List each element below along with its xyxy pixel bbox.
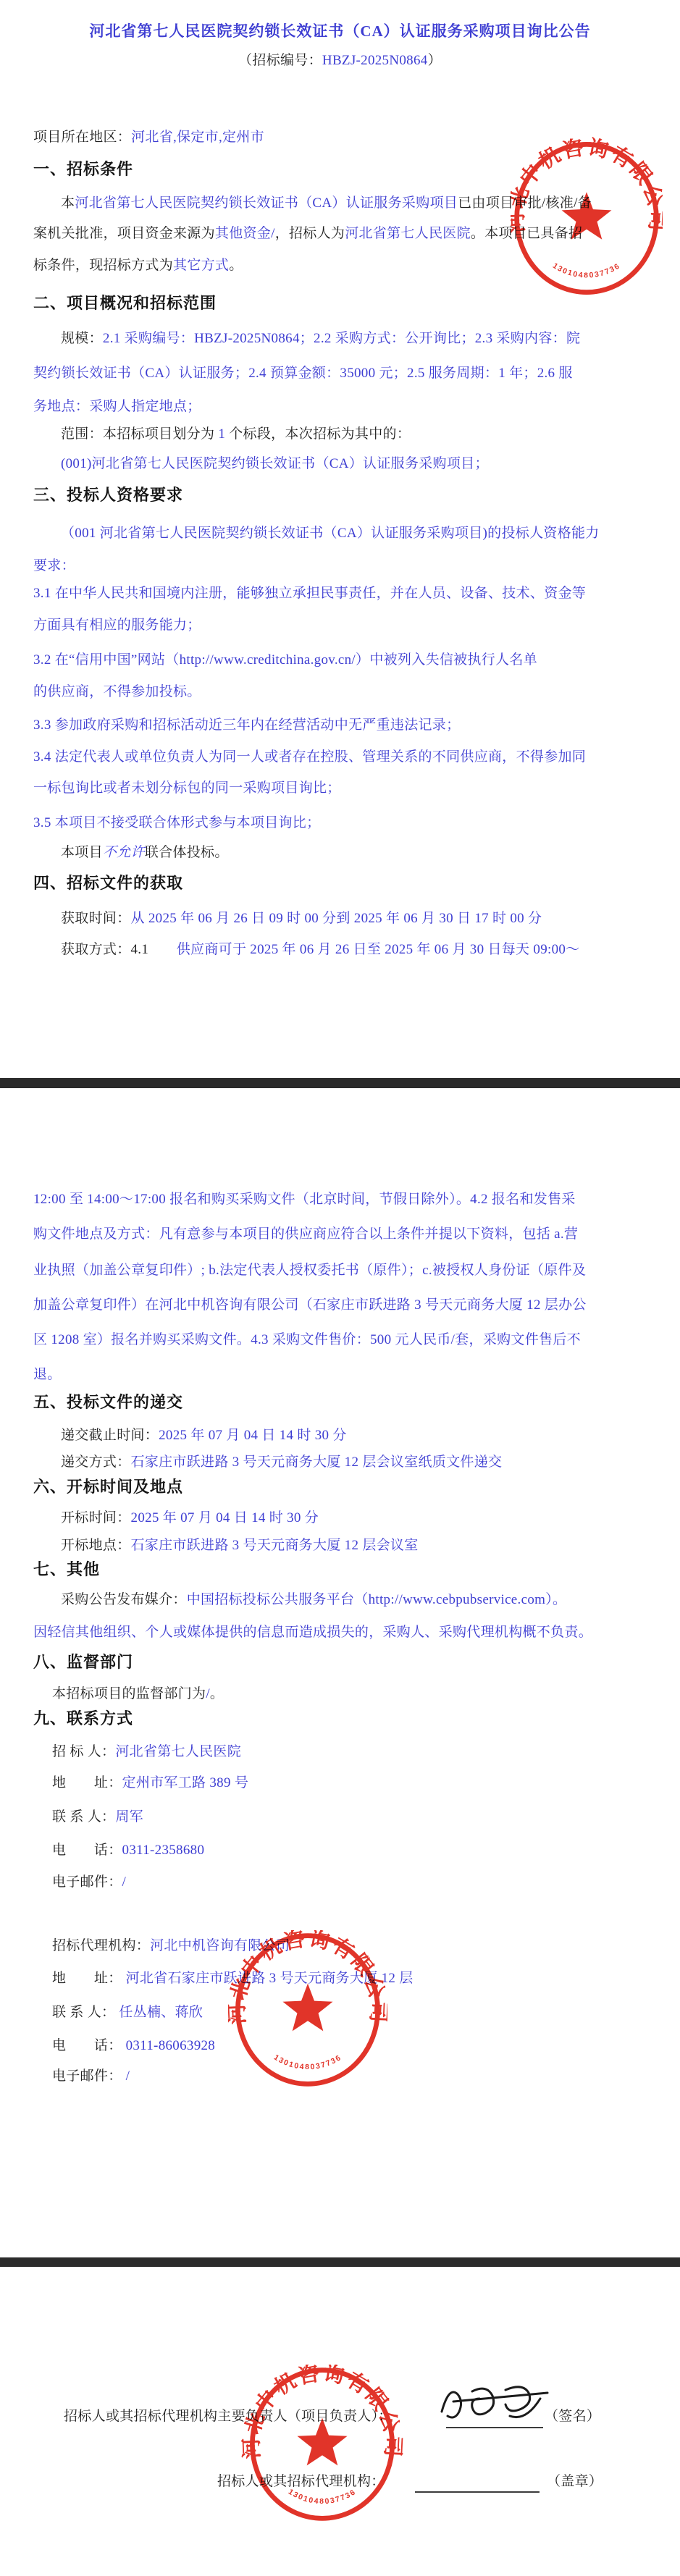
doc-line: 规模：2.1 采购编号：HBZJ-2025N0864；2.2 采购方式：公开询比… [61, 329, 580, 348]
text-segment: 石家庄市跃进路 3 号天元商务大厦 12 层会议室纸质文件递交 [131, 1455, 503, 1470]
text-segment: 范围：本招标项目划分为 [61, 426, 218, 442]
doc-line: 区 1208 室）报名并购买采购文件。4.3 采购文件售价：500 元人民币/套… [33, 1331, 581, 1350]
text-segment: 退。 [33, 1367, 62, 1382]
page-separator [0, 2257, 680, 2267]
svg-text:1301048037736: 1301048037736 [272, 2053, 343, 2072]
doc-line: 获取时间：从 2025 年 06 月 26 日 09 时 00 分到 2025 … [61, 909, 542, 928]
text-segment: 石家庄市跃进路 3 号天元商务大厦 12 层会议室 [131, 1538, 419, 1553]
text-segment: 地 址： [52, 1971, 122, 1986]
text-segment: 的供应商，不得参加投标。 [33, 684, 201, 699]
doc-line: 案机关批准，项目资金来源为其他资金/，招标人为河北省第七人民医院。本项目已具备招 [33, 224, 582, 243]
section-heading-6: 六、开标时间及地点 [33, 1478, 183, 1497]
text-segment: 河北省,保定市,定州市 [131, 130, 264, 145]
text-segment: ） [428, 53, 442, 68]
company-seal: 河北中机咨询有限公司 1301048037736 [228, 1930, 387, 2089]
text-segment: 九、联系方式 [33, 1709, 133, 1727]
page-title: 河北省第七人民医院契约锁长效证书（CA）认证服务采购项目询比公告 [0, 22, 680, 41]
seal-star-icon [297, 2418, 347, 2466]
text-segment: 本项目 [61, 845, 103, 860]
text-segment: HBZJ-2025N0864 [322, 53, 428, 68]
text-segment: 12:00 至 14:00～17:00 报名和购买采购文件（北京时间，节假日除外… [33, 1192, 576, 1207]
agency-person: 联 系 人： 任丛楠、蒋欣 [52, 2003, 203, 2022]
doc-line: 3.5 本项目不接受联合体形式参与本项目询比； [33, 814, 320, 833]
contact-phone: 电 话：0311-2358680 [52, 1841, 204, 1860]
seal-number-text: 1301048037736 [272, 2053, 343, 2072]
text-segment: 购文件地点及方式：凡有意参与本项目的供应商应符合以上条件并提以下资料，包括 a.… [33, 1226, 578, 1242]
doc-line: 3.4 法定代表人或单位负责人为同一人或者存在控股、管理关系的不同供应商，不得参… [33, 748, 586, 767]
contact-email: 电子邮件：/ [52, 1873, 126, 1892]
text-segment: 从 2025 年 06 月 26 日 09 时 00 分到 2025 年 06 … [131, 911, 542, 926]
text-segment: 递交截止时间： [61, 1428, 159, 1443]
text-segment: 河北省第七人民医院契约锁长效证书（CA）认证服务采购项目询比公告 [89, 22, 590, 40]
section-heading-1: 一、招标条件 [33, 160, 133, 179]
text-segment: 电 话： [52, 1843, 122, 1858]
doc-line: 业执照（加盖公章复印件）; b.法定代表人授权委托书（原件）；c.被授权人身份证… [33, 1261, 586, 1280]
text-segment: 电 话： [52, 2038, 122, 2053]
text-segment: 周军 [115, 1809, 143, 1824]
contact-person: 联 系 人：周军 [52, 1808, 143, 1827]
section-heading-2: 二、项目概况和招标范围 [33, 294, 217, 313]
doc-line: 加盖公章复印件）在河北中机咨询有限公司（石家庄市跃进路 3 号天元商务大厦 12… [33, 1296, 587, 1315]
text-segment: 项目所在地区： [33, 130, 131, 145]
text-segment: 2.1 采购编号：HBZJ-2025N0864；2.2 采购方式：公开询比；2.… [103, 331, 580, 346]
doc-line: 因轻信其他组织、个人或媒体提供的信息而造成损失的，采购人、采购代理机构概不负责。 [33, 1623, 592, 1642]
text-segment: 3.2 在“信用中国”网站（http://www.creditchina.gov… [33, 652, 537, 668]
text-segment: / [122, 1874, 127, 1890]
doc-line: 采购公告发布媒介：中国招标投标公共服务平台（http://www.cebpubs… [61, 1591, 566, 1609]
stamp-underline [415, 2491, 540, 2493]
text-segment: 河北省第七人民医院 [345, 226, 471, 241]
text-segment: 业执照（加盖公章复印件）; b.法定代表人授权委托书（原件）；c.被授权人身份证… [33, 1263, 586, 1278]
doc-line: 12:00 至 14:00～17:00 报名和购买采购文件（北京时间，节假日除外… [33, 1190, 576, 1209]
text-segment: 联合体投标。 [145, 845, 229, 860]
company-seal: 河北中机咨询有限公司 1301048037736 [511, 136, 663, 300]
text-segment: 招标代理机构： [52, 1938, 150, 1953]
text-segment: 其他资金/ [215, 226, 275, 241]
contact-tenderer: 招 标 人：河北省第七人民医院 [52, 1743, 241, 1761]
text-segment: 递交方式： [61, 1455, 131, 1470]
doc-line: 务地点：采购人指定地点； [33, 397, 201, 416]
text-segment: 要求： [33, 558, 75, 573]
doc-line: 一标包询比或者未划分标包的同一采购项目询比； [33, 779, 341, 798]
doc-line: 3.3 参加政府采购和招标活动近三年内在经营活动中无严重违法记录； [33, 716, 460, 735]
text-segment: 采购公告发布媒介： [61, 1592, 187, 1607]
doc-line: 契约锁长效证书（CA）认证服务；2.4 预算金额：35000 元；2.5 服务周… [33, 364, 573, 383]
svg-text:1301048037736: 1301048037736 [287, 2488, 358, 2506]
stamp-tag: （盖章） [547, 2472, 603, 2491]
text-segment: 2025 年 07 月 04 日 14 时 30 分 [159, 1428, 347, 1443]
doc-line: (001)河北省第七人民医院契约锁长效证书（CA）认证服务采购项目； [61, 455, 489, 473]
text-segment: 二、项目概况和招标范围 [33, 294, 217, 312]
text-segment: 其它方式 [173, 258, 229, 273]
contact-address: 地 址：定州市军工路 389 号 [52, 1774, 248, 1793]
company-seal: 河北中机咨询有限公司 1301048037736 [241, 2365, 403, 2524]
text-segment: （招标编号： [238, 53, 322, 68]
text-segment: 获取方式：4.1 [61, 942, 148, 957]
text-segment: 2025 年 07 月 04 日 14 时 30 分 [131, 1510, 319, 1525]
text-segment: 务地点：采购人指定地点； [33, 399, 201, 414]
page-separator [0, 1078, 680, 1088]
text-segment: 任丛楠、蒋欣 [115, 2005, 203, 2020]
seal-star-icon [282, 1984, 332, 2032]
doc-line: 3.2 在“信用中国”网站（http://www.creditchina.gov… [33, 651, 537, 670]
text-segment: 电子邮件： [52, 2068, 122, 2084]
text-segment: 因轻信其他组织、个人或媒体提供的信息而造成损失的，采购人、采购代理机构概不负责。 [33, 1625, 592, 1640]
text-segment: 规模： [61, 331, 103, 346]
doc-line: 递交截止时间：2025 年 07 月 04 日 14 时 30 分 [61, 1426, 347, 1445]
doc-line: 的供应商，不得参加投标。 [33, 683, 201, 702]
section-heading-3: 三、投标人资格要求 [33, 486, 183, 505]
project-region-line: 项目所在地区：河北省,保定市,定州市 [33, 128, 264, 147]
doc-line: 退。 [33, 1365, 62, 1384]
text-segment: 招 标 人： [52, 1744, 115, 1759]
text-segment: 案机关批准，项目资金来源为 [33, 226, 215, 241]
text-segment: 开标地点： [61, 1538, 131, 1553]
seal-number-text: 1301048037736 [551, 261, 622, 280]
text-segment: 标条件，现招标方式为 [33, 258, 173, 273]
text-segment: 本招标项目的监督部门为 [52, 1686, 206, 1701]
text-segment: / [122, 2068, 130, 2084]
text-segment: 河北省第七人民医院契约锁长效证书（CA）认证服务采购项目 [75, 195, 458, 211]
text-segment: 一、招标条件 [33, 160, 133, 178]
handwritten-signature [435, 2378, 558, 2433]
text-segment: 不允许 [103, 845, 145, 860]
doc-line: 标条件，现招标方式为其它方式。 [33, 256, 243, 275]
text-segment: 开标时间： [61, 1510, 131, 1525]
section-heading-5: 五、投标文件的递交 [33, 1393, 183, 1412]
text-segment: 1 [218, 426, 225, 442]
text-segment: （盖章） [547, 2474, 603, 2489]
text-segment: 联 系 人： [52, 1809, 115, 1824]
text-segment: 3.1 在中华人民共和国境内注册，能够独立承担民事责任，并在人员、设备、技术、资… [33, 586, 586, 601]
text-segment: 中国招标投标公共服务平台（http://www.cebpubservice.co… [187, 1592, 567, 1607]
doc-line: 开标时间：2025 年 07 月 04 日 14 时 30 分 [61, 1509, 319, 1528]
text-segment: 联 系 人： [52, 2005, 115, 2020]
text-segment: (001)河北省第七人民医院契约锁长效证书（CA）认证服务采购项目； [61, 456, 489, 471]
text-segment: 。 [210, 1686, 224, 1701]
text-segment: 地 址： [52, 1775, 122, 1790]
text-segment: 0311-86063928 [122, 2038, 216, 2053]
text-segment: 3.5 本项目不接受联合体形式参与本项目询比； [33, 815, 320, 830]
doc-line: 开标地点：石家庄市跃进路 3 号天元商务大厦 12 层会议室 [61, 1536, 419, 1555]
doc-line: 递交方式：石家庄市跃进路 3 号天元商务大厦 12 层会议室纸质文件递交 [61, 1453, 502, 1472]
text-segment: 本 [61, 195, 75, 211]
text-segment: 方面具有相应的服务能力； [33, 618, 201, 633]
text-segment: 3.4 法定代表人或单位负责人为同一人或者存在控股、管理关系的不同供应商，不得参… [33, 749, 586, 765]
doc-line: （001 河北省第七人民医院契约锁长效证书（CA）认证服务采购项目)的投标人资格… [61, 524, 600, 543]
doc-line: 方面具有相应的服务能力； [33, 616, 201, 635]
text-segment: 八、监督部门 [33, 1653, 133, 1671]
agency-email: 电子邮件： / [52, 2067, 130, 2086]
agency-phone: 电 话： 0311-86063928 [52, 2037, 215, 2055]
text-segment: 三、投标人资格要求 [33, 486, 183, 504]
seal-star-icon [562, 192, 612, 240]
text-segment: 加盖公章复印件）在河北中机咨询有限公司（石家庄市跃进路 3 号天元商务大厦 12… [33, 1297, 587, 1313]
text-segment: 获取时间： [61, 911, 131, 926]
section-heading-7: 七、其他 [33, 1560, 100, 1579]
text-segment: 0311-2358680 [122, 1843, 205, 1858]
text-segment: 河北省第七人民医院 [115, 1744, 241, 1759]
section-heading-9: 九、联系方式 [33, 1709, 133, 1728]
text-segment: 。 [229, 258, 243, 273]
svg-text:1301048037736: 1301048037736 [551, 261, 622, 280]
doc-line: 范围：本招标项目划分为 1 个标段，本次招标为其中的： [61, 425, 411, 444]
section-heading-8: 八、监督部门 [33, 1653, 133, 1672]
text-segment: 3.3 参加政府采购和招标活动近三年内在经营活动中无严重违法记录； [33, 717, 460, 733]
doc-line: 购文件地点及方式：凡有意参与本项目的供应商应符合以上条件并提以下资料，包括 a.… [33, 1225, 578, 1244]
doc-line: 获取方式：4.1 供应商可于 2025 年 06 月 26 日至 2025 年 … [61, 940, 580, 959]
text-segment: 供应商可于 2025 年 06 月 26 日至 2025 年 06 月 30 日… [148, 942, 579, 957]
text-segment: 一标包询比或者未划分标包的同一采购项目询比； [33, 780, 341, 796]
text-segment: 定州市军工路 389 号 [122, 1775, 249, 1790]
text-segment: 个标段，本次招标为其中的： [225, 426, 411, 442]
doc-line: 3.1 在中华人民共和国境内注册，能够独立承担民事责任，并在人员、设备、技术、资… [33, 584, 586, 603]
text-segment: （001 河北省第七人民医院契约锁长效证书（CA）认证服务采购项目)的投标人资格… [61, 526, 600, 541]
text-segment: 六、开标时间及地点 [33, 1478, 183, 1496]
text-segment: 七、其他 [33, 1560, 100, 1578]
text-segment: 电子邮件： [52, 1874, 122, 1890]
announcement-document: 河北省第七人民医院契约锁长效证书（CA）认证服务采购项目询比公告 （招标编号：H… [0, 0, 680, 2576]
doc-line: 本招标项目的监督部门为/。 [52, 1685, 224, 1704]
text-segment: 四、招标文件的获取 [33, 874, 183, 892]
text-segment: 区 1208 室）报名并购买采购文件。4.3 采购文件售价：500 元人民币/套… [33, 1332, 581, 1347]
section-heading-4: 四、招标文件的获取 [33, 874, 183, 893]
tender-code-line: （招标编号：HBZJ-2025N0864） [0, 51, 680, 70]
seal-number-text: 1301048037736 [287, 2488, 358, 2506]
text-segment: ，招标人为 [275, 226, 345, 241]
text-segment: 五、投标文件的递交 [33, 1393, 183, 1411]
text-segment: 契约锁长效证书（CA）认证服务；2.4 预算金额：35000 元；2.5 服务周… [33, 366, 573, 381]
doc-line: 要求： [33, 557, 75, 576]
doc-line: 本项目不允许联合体投标。 [61, 843, 229, 862]
